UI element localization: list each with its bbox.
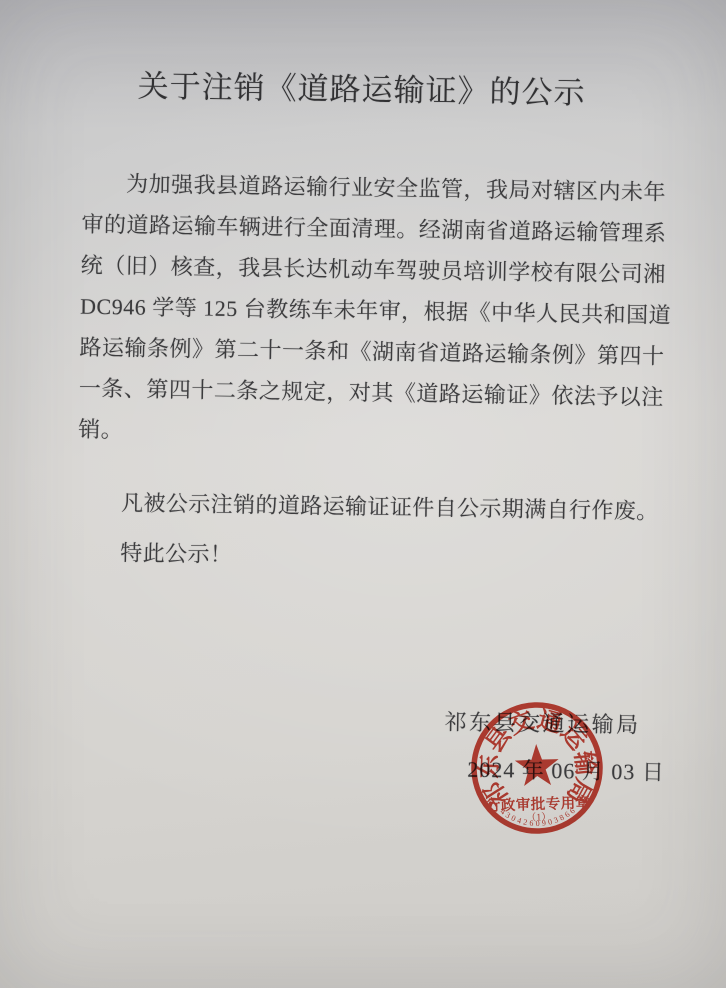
main-paragraph: 为加强我县道路运输行业安全监管，我局对辖区内未年 审的道路运输车辆进行全面清理。… — [78, 163, 645, 459]
page-title: 关于注销《道路运输证》的公示 — [0, 58, 725, 114]
photographed-document: 关于注销《道路运输证》的公示 为加强我县道路运输行业安全监管，我局对辖区内未年 … — [0, 0, 726, 988]
notice-paragraph: 凡被公示注销的道路运输证证件自公示期满自行作废。 — [77, 488, 703, 528]
official-seal: 祁东县交通运输局 行政审批专用章 （1） 4304260903866 — [459, 690, 614, 845]
red-star-icon — [514, 743, 559, 786]
document-page: 关于注销《道路运输证》的公示 为加强我县道路运输行业安全监管，我局对辖区内未年 … — [0, 0, 726, 988]
closing-paragraph: 特此公示！ — [76, 538, 702, 578]
